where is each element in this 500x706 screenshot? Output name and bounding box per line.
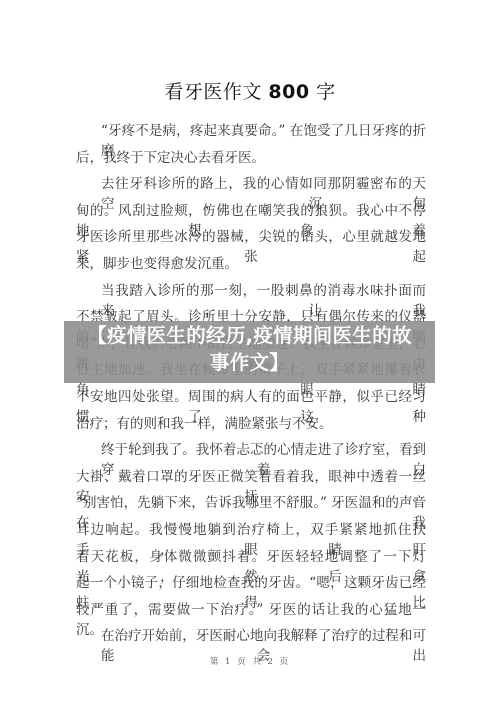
- essay-body: “牙疼不是病，疼起来真要命。” 在饱受了几日牙疼的折磨后，我终于下定决心去看牙医…: [76, 121, 426, 653]
- text-line-content: 起一个小镜子，仔细地检查我的牙齿。“嗯，这颗牙齿已经蛀得比: [76, 573, 426, 600]
- text-line: 去往牙科诊所的路上，我的心情如同那阴霾密布的天空，沉甸: [76, 174, 426, 201]
- text-line: 耳边响起。我慢慢地躺到治疗椅上，双手紧紧地抓住扶手，眼睛盯: [76, 520, 426, 547]
- text-line-content: “牙疼不是病，疼起来真要命。” 在饱受了几日牙疼的折磨: [101, 121, 426, 148]
- text-line: 着天花板，身体微微颤抖着。牙医轻轻地调整了一下灯光，然后拿: [76, 547, 426, 574]
- text-line: 较严重了，需要做一下治疗。” 牙医的话让我的心猛地一沉。: [76, 600, 426, 627]
- text-line-content: 去往牙科诊所的路上，我的心情如同那阴霾密布的天空，沉甸: [101, 174, 426, 201]
- banner-line-2: 事作文】: [64, 349, 435, 376]
- text-line-content: 治疗；有的则和我一样，满脸紧张与不安。: [76, 414, 426, 441]
- text-line: 大褂、戴着口罩的牙医正微笑着看着我，眼神中透着一丝安抚。: [76, 467, 426, 494]
- text-line: 起一个小镜子，仔细地检查我的牙齿。“嗯，这颗牙齿已经蛀得比: [76, 573, 426, 600]
- title-number: 800: [268, 81, 309, 103]
- text-line: 不安地四处张望。周围的病人有的面色平静，似乎已经习惯了这种: [76, 387, 426, 414]
- text-line: 终于轮到我了。我怀着忐忑的心情走进了诊疗室，看到穿着白: [76, 440, 426, 467]
- text-line: 治疗；有的则和我一样，满脸紧张与不安。: [76, 414, 426, 441]
- text-line: 当我踏入诊所的那一刻，一股刺鼻的消毒水味扑面而来，让我: [76, 281, 426, 308]
- text-line-content: 较严重了，需要做一下治疗。” 牙医的话让我的心猛地一沉。: [76, 600, 426, 627]
- text-line-content: 在治疗开始前，牙医耐心地向我解释了治疗的过程和可能会出: [101, 626, 426, 653]
- page-number-footer: 第 1 页 共 2 页: [0, 655, 500, 667]
- text-line-content: 来，脚步也变得愈发沉重。: [76, 254, 426, 281]
- text-line-content: 甸的。风刮过脸颊，仿佛也在嘲笑我的狼狈。我心中不停地想象着: [76, 201, 426, 228]
- text-line-content: 终于轮到我了。我怀着忐忑的心情走进了诊疗室，看到穿着白: [101, 440, 426, 467]
- text-line: 后，我终于下定决心去看牙医。: [76, 148, 426, 175]
- text-line-content: 牙医诊所里那些冰冷的器械，尖锐的钻头，心里就越发地紧张起: [76, 227, 426, 254]
- text-line-content: 耳边响起。我慢慢地躺到治疗椅上，双手紧紧地抓住扶手，眼睛盯: [76, 520, 426, 547]
- title-suffix: 字: [310, 81, 336, 103]
- text-line-content: 大褂、戴着口罩的牙医正微笑着看着我，眼神中透着一丝安抚。: [76, 467, 426, 494]
- text-line: 牙医诊所里那些冰冷的器械，尖锐的钻头，心里就越发地紧张起: [76, 227, 426, 254]
- overlay-banner-title[interactable]: 【疫情医生的经历,疫情期间医生的故 事作文】: [64, 322, 435, 376]
- text-line-content: “别害怕，先躺下来，告诉我哪里不舒服。” 牙医温和的声音在我: [76, 493, 426, 520]
- text-line: “牙疼不是病，疼起来真要命。” 在饱受了几日牙疼的折磨: [76, 121, 426, 148]
- text-line-content: 后，我终于下定决心去看牙医。: [76, 148, 426, 175]
- text-line-content: 当我踏入诊所的那一刻，一股刺鼻的消毒水味扑面而来，让我: [101, 281, 426, 308]
- document-title: 看牙医作文 800 字: [0, 77, 500, 104]
- text-line: 来，脚步也变得愈发沉重。: [76, 254, 426, 281]
- text-line-content: 不安地四处张望。周围的病人有的面色平静，似乎已经习惯了这种: [76, 387, 426, 414]
- text-line: 甸的。风刮过脸颊，仿佛也在嘲笑我的狼狈。我心中不停地想象着: [76, 201, 426, 228]
- banner-line-1: 【疫情医生的经历,疫情期间医生的故: [64, 322, 435, 349]
- text-line: “别害怕，先躺下来，告诉我哪里不舒服。” 牙医温和的声音在我: [76, 493, 426, 520]
- text-line-content: 着天花板，身体微微颤抖着。牙医轻轻地调整了一下灯光，然后拿: [76, 547, 426, 574]
- text-line: 在治疗开始前，牙医耐心地向我解释了治疗的过程和可能会出: [76, 626, 426, 653]
- title-prefix: 看牙医作文: [164, 81, 268, 103]
